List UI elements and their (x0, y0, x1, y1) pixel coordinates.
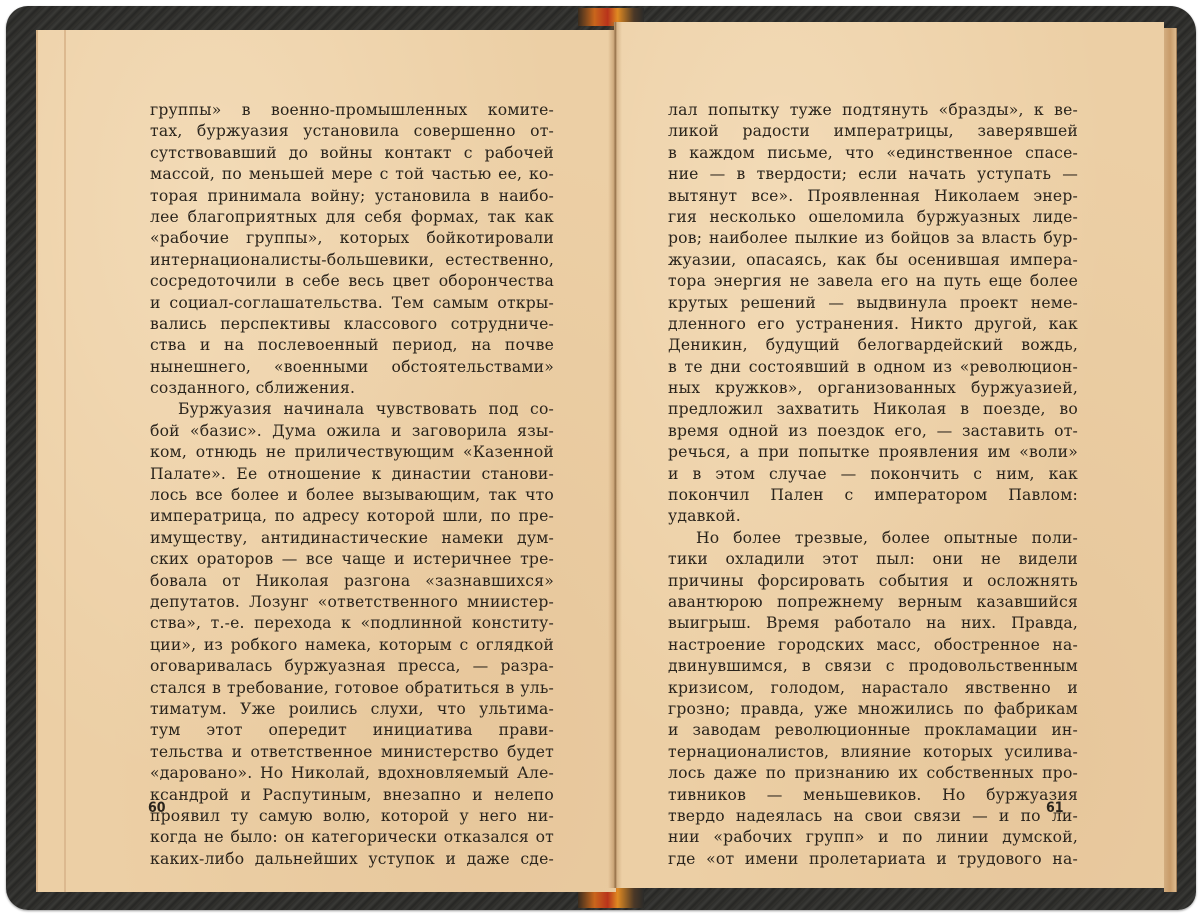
text-line: оговаривалась буржуазная пресса, — разра… (150, 656, 554, 677)
text-line: и заводам революционные прокламации ин- (668, 720, 1078, 741)
text-line: нынешнего, «военными обстоятельствами» (150, 357, 554, 378)
text-line: выигрыш. Время работало на них. Правда, (668, 613, 1078, 634)
text-line: проявил ту самую волю, которой у него ни… (150, 806, 554, 827)
text-line: бовала от Николая разгона «зазнавшихся» (150, 571, 554, 592)
text-line: ком, отнюдь не приличествующим «Казенной (150, 442, 554, 463)
text-line: и в этом случае — покончить с ним, как (668, 464, 1078, 485)
text-line: авантюрою попрежнему верным казавшийся (668, 592, 1078, 613)
text-line: тах, буржуазия установила совершенно от- (150, 121, 554, 142)
text-line: ства и на послевоенный период, на почве (150, 335, 554, 356)
left-page-text: группы» в военно-промышленных комите-тах… (150, 100, 554, 870)
text-line: ных кружков», организованных буржуазией, (668, 378, 1078, 399)
text-line: вытянут все». Проявленная Николаем энер- (668, 186, 1078, 207)
text-line: удавкой. (668, 506, 1078, 527)
text-line: лось даже по признанию их собственных пр… (668, 763, 1078, 784)
text-line: ксандрой и Распутиным, внезапно и нелепо (150, 785, 554, 806)
text-line: лал попытку туже подтянуть «бразды», к в… (668, 100, 1078, 121)
text-line: и социал-соглашательства. Тем самым откр… (150, 293, 554, 314)
text-line: где «от имени пролетариата и трудового н… (668, 849, 1078, 870)
text-line: лось все более и более вызывающим, так ч… (150, 485, 554, 506)
text-line: тум этот опередит инициатива прави- (150, 720, 554, 741)
text-line: покончил Пален с императором Павлом: (668, 485, 1078, 506)
text-line: группы» в военно-промышленных комите- (150, 100, 554, 121)
text-line: причины форсировать события и осложнять (668, 571, 1078, 592)
text-line: тернационалистов, влияние которых усилив… (668, 742, 1078, 763)
text-line: крутых решений — выдвинула проект неме- (668, 293, 1078, 314)
text-line: дленного его устранения. Никто другой, к… (668, 314, 1078, 335)
text-line: стался в требование, готовое обратиться … (150, 678, 554, 699)
text-line: гия несколько ошеломила буржуазных лиде- (668, 207, 1078, 228)
text-line: созданного, сближения. (150, 378, 554, 399)
text-line: твердо надеялась на свои связи — и по ли… (668, 806, 1078, 827)
text-line: лее благоприятных для себя формах, так к… (150, 207, 554, 228)
text-line: тивников — меньшевиков. Но буржуазия (668, 785, 1078, 806)
text-line: тиматум. Уже роились слухи, что ультима- (150, 699, 554, 720)
text-line: «даровано». Но Николай, вдохновляемый Ал… (150, 763, 554, 784)
text-line: каких-либо дальнейших уступок и даже сде… (150, 849, 554, 870)
text-line: тельства и ответственное министерство бу… (150, 742, 554, 763)
text-line: в каждом письме, что «единственное спасе… (668, 143, 1078, 164)
text-line: в те дни состоявший в одном из «революци… (668, 357, 1078, 378)
text-line: массой, по меньшей мере с той частью ее,… (150, 164, 554, 185)
text-line: настроение городских масс, обостренное н… (668, 635, 1078, 656)
text-line: «рабочие группы», которых бойкотировали (150, 228, 554, 249)
text-line: нии «рабочих групп» и по линии думской, (668, 827, 1078, 848)
page-edges (1164, 28, 1177, 892)
text-line: ликой радости императрицы, заверявшей (668, 121, 1078, 142)
text-line: Но более трезвые, более опытные поли- (668, 528, 1078, 549)
page-number-left: 60 (148, 800, 166, 816)
text-line: предложил захватить Николая в поезде, во (668, 399, 1078, 420)
text-line: вались перспективы классового сотрудниче… (150, 314, 554, 335)
text-line: ров; наиболее пылкие из бойцов за власть… (668, 228, 1078, 249)
text-line: кризисом, голодом, нарастало явственно и (668, 678, 1078, 699)
text-line: Буржуазия начинала чувствовать под со- (150, 399, 554, 420)
text-line: двинувшимся, в связи с продовольственным (668, 656, 1078, 677)
text-line: Палате». Ее отношение к династии станови… (150, 464, 554, 485)
text-line: сосредоточили в себе весь цвет оборончес… (150, 271, 554, 292)
text-line: Деникин, будущий белогвардейский вождь, (668, 335, 1078, 356)
text-line: грозно; правда, уже множились по фабрика… (668, 699, 1078, 720)
text-line: депутатов. Лозунг «ответственного мниист… (150, 592, 554, 613)
text-line: императрица, по адресу которой шли, по п… (150, 506, 554, 527)
text-line: ства», т.-е. перехода к «подлинной конст… (150, 613, 554, 634)
text-line: когда не было: он категорически отказалс… (150, 827, 554, 848)
text-line: жуазии, опасаясь, как бы осенившая импер… (668, 250, 1078, 271)
text-line: ции», из робкого намека, которым с огляд… (150, 635, 554, 656)
text-line: сутствовавший до войны контакт с рабочей (150, 143, 554, 164)
book-gutter (608, 22, 622, 888)
text-line: интернационалисты-большевики, естественн… (150, 250, 554, 271)
right-page-text: лал попытку туже подтянуть «бразды», к в… (668, 100, 1078, 870)
text-line: время одной из поездок его, — заставить … (668, 421, 1078, 442)
text-line: речься, а при попытке проявления им «вол… (668, 442, 1078, 463)
text-line: бой «базис». Дума ожила и заговорила язы… (150, 421, 554, 442)
text-line: ние — в твердости; если начать уступать … (668, 164, 1078, 185)
text-line: тики охладили этот пыл: они не видели (668, 549, 1078, 570)
text-line: имуществу, антидинастические намеки дум- (150, 528, 554, 549)
text-line: торая принимала войну; установила в наиб… (150, 186, 554, 207)
text-line: ских ораторов — все чаще и истеричнее тр… (150, 549, 554, 570)
text-line: тора энергия не завела его на путь еще б… (668, 271, 1078, 292)
page-number-right: 61 (1046, 800, 1064, 816)
page-fold-line (64, 30, 66, 892)
